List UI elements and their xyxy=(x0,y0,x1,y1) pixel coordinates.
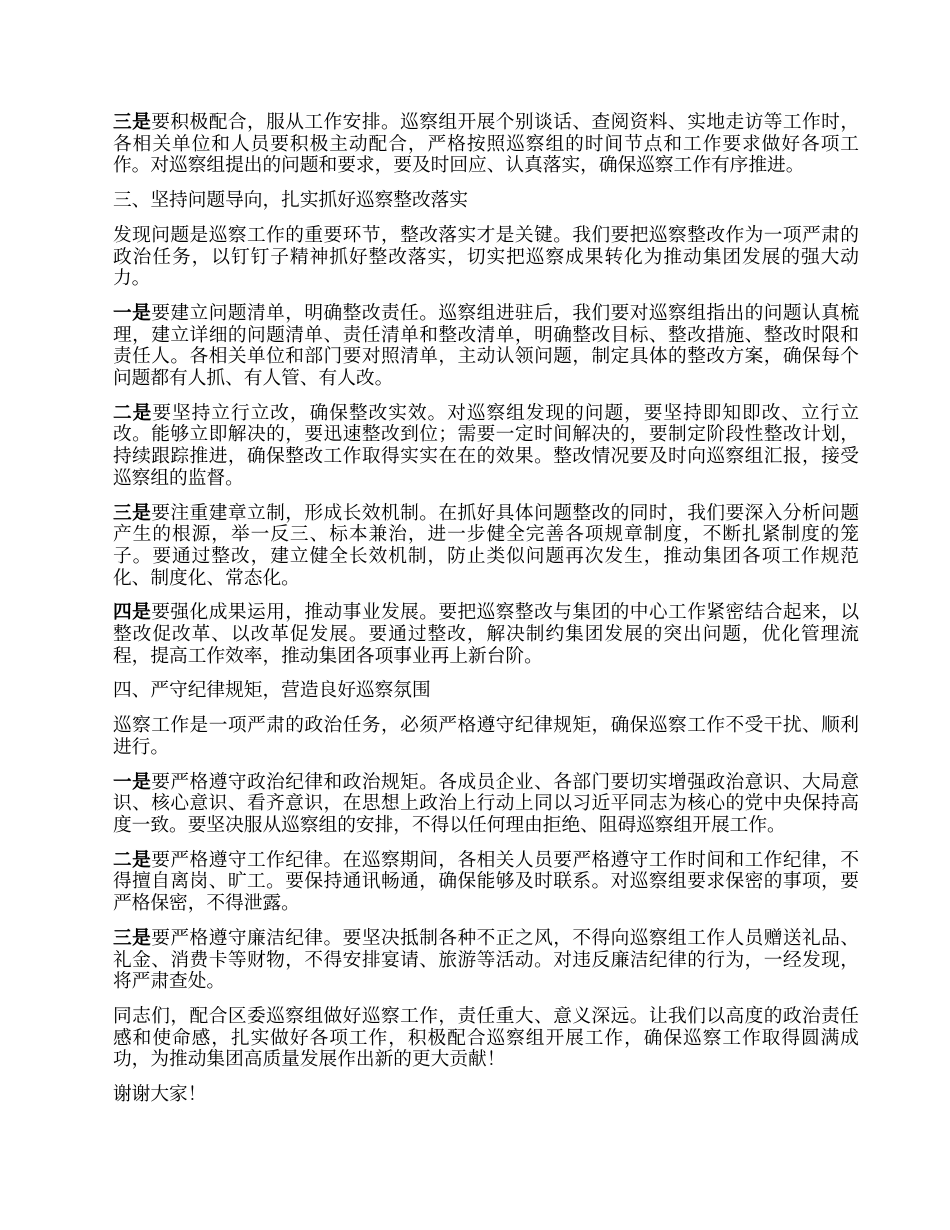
paragraph-lead: 一是 xyxy=(113,303,151,324)
paragraph-text: 要建立问题清单，明确整改责任。巡察组进驻后，我们要对巡察组指出的问题认真梳理，建… xyxy=(113,303,859,389)
paragraph: 二是要坚持立行立改，确保整改实效。对巡察组发现的问题，要坚持即知即改、立行立改。… xyxy=(113,403,859,490)
paragraph-lead: 三是 xyxy=(113,503,151,524)
document-page: 三是要积极配合，服从工作安排。巡察组开展个别谈话、查阅资料、实地走访等工作时，各… xyxy=(0,0,950,1230)
paragraph-lead: 三是 xyxy=(113,928,151,949)
paragraph: 巡察工作是一项严肃的政治任务，必须严格遵守纪律规矩，确保巡察工作不受干扰、顺利进… xyxy=(113,715,859,758)
paragraph-text: 要严格遵守廉洁纪律。要坚决抵制各种不正之风，不得向巡察组工作人员赠送礼品、礼金、… xyxy=(113,928,859,992)
paragraph-lead: 二是 xyxy=(113,403,152,424)
paragraph-text: 发现问题是巡察工作的重要环节，整改落实才是关键。我们要把巡察整改作为一项严肃的政… xyxy=(113,225,859,289)
paragraph: 三是要注重建章立制，形成长效机制。在抓好具体问题整改的同时，我们要深入分析问题产… xyxy=(113,503,859,590)
paragraph-text: 巡察工作是一项严肃的政治任务，必须严格遵守纪律规矩，确保巡察工作不受干扰、顺利进… xyxy=(113,715,859,758)
paragraph-text: 同志们，配合区委巡察组做好巡察工作，责任重大、意义深远。让我们以高度的政治责任感… xyxy=(113,1006,859,1070)
paragraph-text: 要强化成果运用，推动事业发展。要把巡察整改与集团的中心工作紧密结合起来，以整改促… xyxy=(113,602,859,666)
paragraph: 发现问题是巡察工作的重要环节，整改落实才是关键。我们要把巡察整改作为一项严肃的政… xyxy=(113,225,859,290)
heading-text: 四、严守纪律规矩，营造良好巡察氛围 xyxy=(113,680,431,701)
paragraph-text: 要坚持立行立改，确保整改实效。对巡察组发现的问题，要坚持即知即改、立行立改。能够… xyxy=(113,403,859,489)
heading-text: 三、坚持问题导向，扎实抓好巡察整改落实 xyxy=(113,190,468,211)
paragraph-text: 要严格遵守政治纪律和政治规矩。各成员企业、各部门要切实增强政治意识、大局意识、核… xyxy=(113,772,859,836)
paragraph: 二是要严格遵守工作纪律。在巡察期间，各相关人员要严格遵守工作时间和工作纪律，不得… xyxy=(113,850,859,915)
paragraph-text: 谢谢大家！ xyxy=(113,1084,206,1105)
section-heading: 三、坚持问题导向，扎实抓好巡察整改落实 xyxy=(113,190,859,212)
closing-paragraph: 谢谢大家！ xyxy=(113,1084,859,1106)
paragraph: 同志们，配合区委巡察组做好巡察工作，责任重大、意义深远。让我们以高度的政治责任感… xyxy=(113,1006,859,1071)
paragraph: 三是要严格遵守廉洁纪律。要坚决抵制各种不正之风，不得向巡察组工作人员赠送礼品、礼… xyxy=(113,928,859,993)
paragraph: 三是要积极配合，服从工作安排。巡察组开展个别谈话、查阅资料、实地走访等工作时，各… xyxy=(113,112,859,177)
paragraph: 一是要严格遵守政治纪律和政治规矩。各成员企业、各部门要切实增强政治意识、大局意识… xyxy=(113,772,859,837)
paragraph-text: 要严格遵守工作纪律。在巡察期间，各相关人员要严格遵守工作时间和工作纪律，不得擅自… xyxy=(113,850,859,914)
paragraph-lead: 三是 xyxy=(113,112,151,133)
paragraph: 一是要建立问题清单，明确整改责任。巡察组进驻后，我们要对巡察组指出的问题认真梳理… xyxy=(113,303,859,390)
paragraph-lead: 二是 xyxy=(113,850,151,871)
paragraph-text: 要积极配合，服从工作安排。巡察组开展个别谈话、查阅资料、实地走访等工作时，各相关… xyxy=(113,112,859,176)
paragraph-text: 要注重建章立制，形成长效机制。在抓好具体问题整改的同时，我们要深入分析问题产生的… xyxy=(113,503,859,589)
paragraph-lead: 一是 xyxy=(113,772,151,793)
section-heading: 四、严守纪律规矩，营造良好巡察氛围 xyxy=(113,680,859,702)
paragraph: 四是要强化成果运用，推动事业发展。要把巡察整改与集团的中心工作紧密结合起来，以整… xyxy=(113,602,859,667)
paragraph-lead: 四是 xyxy=(113,602,151,623)
